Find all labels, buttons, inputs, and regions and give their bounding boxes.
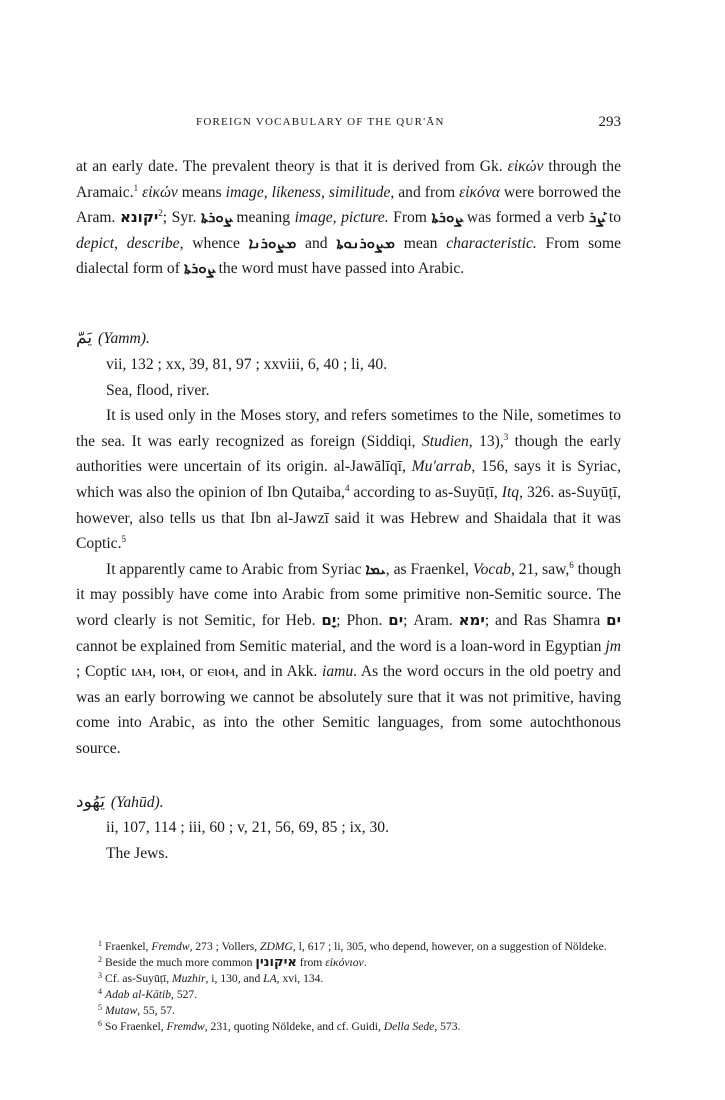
spacer <box>76 282 621 312</box>
text: whence <box>184 235 249 252</box>
italic-text: characteristic. <box>446 235 537 252</box>
text: So Fraenkel, <box>105 1020 167 1033</box>
text: ; Coptic <box>76 663 131 680</box>
text: , 573. <box>434 1020 460 1033</box>
text: , as Fraenkel, <box>386 561 473 578</box>
hebrew-word: יקונא <box>120 208 158 226</box>
italic-text: image, likeness, similitude, <box>226 184 395 201</box>
text: From <box>389 209 432 226</box>
text: at an early date. The prevalent theory i… <box>76 158 508 175</box>
footnote-ref: 5 <box>121 534 126 544</box>
text: Cf. as-Suyūṭī, <box>105 972 172 985</box>
italic-text: jm <box>605 638 621 655</box>
meaning: The Jews. <box>76 841 621 867</box>
text: , i, 130, and <box>206 972 264 985</box>
syriac-word: ܡܨܘܪܢܘܬܐ <box>336 234 395 252</box>
greek-word: εἰκών <box>142 184 178 201</box>
transliteration: (Yahūd). <box>111 790 164 816</box>
text: , l, 617 ; li, 305, who depend, however,… <box>293 940 607 953</box>
text: , 527. <box>171 988 197 1001</box>
continuation-paragraph: at an early date. The prevalent theory i… <box>76 154 621 282</box>
text: from <box>297 956 325 969</box>
italic-text: Vocab <box>473 561 511 578</box>
footnote-number: 6 <box>98 1019 102 1028</box>
quran-references: vii, 132 ; xx, 39, 81, 97 ; xxviii, 6, 4… <box>76 352 621 378</box>
text: , xvi, 134. <box>277 972 324 985</box>
text: to <box>604 209 621 226</box>
italic-text: Fremdw <box>167 1020 205 1033</box>
greek-word: εἰκόνα <box>459 184 500 201</box>
text: Beside the much more common <box>105 956 255 969</box>
entry-paragraph: It is used only in the Moses story, and … <box>76 403 621 557</box>
text: , and in Akk. <box>235 663 322 680</box>
meaning: Sea, flood, river. <box>76 378 621 404</box>
coptic-words: ⲓⲁⲙ, ⲓⲟⲙ, or ⲉⲓⲟⲙ <box>131 663 235 680</box>
text: , 21, saw, <box>511 561 569 578</box>
ras-shamra-word: ים <box>606 611 621 629</box>
footnote-number: 4 <box>98 987 102 996</box>
text: , 231, quoting Nöldeke, and cf. Guidi, <box>205 1020 384 1033</box>
text: mean <box>395 235 446 252</box>
italic-text: Mu'arrab <box>412 458 472 475</box>
syriac-word: ܡܨܘܪܢܐ <box>249 234 297 252</box>
quran-references: ii, 107, 114 ; iii, 60 ; v, 21, 56, 69, … <box>76 815 621 841</box>
footnote-1: 1Fraenkel, Fremdw, 273 ; Vollers, ZDMG, … <box>76 939 621 955</box>
spacer <box>76 761 621 775</box>
italic-text: Fremdw <box>151 940 189 953</box>
running-head: Foreign Vocabulary of the Qur'ān 293 <box>76 116 621 136</box>
footnote-4: 4Adab al-Kātib, 527. <box>76 987 621 1003</box>
footnotes: 1Fraenkel, Fremdw, 273 ; Vollers, ZDMG, … <box>76 939 621 1035</box>
text: It apparently came to Arabic from Syriac <box>106 561 365 578</box>
greek-word: εἰκόνιον <box>325 956 363 969</box>
footnote-5: 5Mutaw, 55, 57. <box>76 1003 621 1019</box>
text: and <box>296 235 336 252</box>
italic-text: Itq <box>502 484 519 501</box>
syriac-word: ܨܘܪܬܐ <box>184 259 215 277</box>
text: , 273 ; Vollers, <box>190 940 260 953</box>
text: ; and Ras Shamra <box>485 612 606 629</box>
greek-word: εἰκών <box>508 158 544 175</box>
italic-text: ZDMG <box>260 940 293 953</box>
italic-text: Studien <box>422 433 469 450</box>
text: , 13), <box>469 433 504 450</box>
text: cannot be explained from Semitic materia… <box>76 638 605 655</box>
text: means <box>178 184 226 201</box>
syriac-word: ܝܡܐ <box>365 560 385 578</box>
text: ; Aram. <box>403 612 458 629</box>
running-title: Foreign Vocabulary of the Qur'ān <box>196 116 445 128</box>
text: and from <box>394 184 459 201</box>
footnote-2: 2Beside the much more common איקונין fro… <box>76 955 621 971</box>
footnote-6: 6So Fraenkel, Fremdw, 231, quoting Nölde… <box>76 1019 621 1035</box>
arabic-headword: يَهُود <box>76 790 105 816</box>
arabic-headword: يَمّ <box>76 326 92 352</box>
body-text: at an early date. The prevalent theory i… <box>76 154 621 867</box>
italic-text: Adab al-Kātib <box>105 988 171 1001</box>
italic-text: image, picture. <box>295 209 389 226</box>
text: . <box>364 956 367 969</box>
text: meaning <box>232 209 295 226</box>
page-number: 293 <box>599 114 622 131</box>
text: according to as-Suyūṭī, <box>349 484 501 501</box>
footnote-number: 1 <box>98 939 102 948</box>
italic-text: LA <box>263 972 277 985</box>
entry-heading-yahud: يَهُود (Yahūd). <box>76 779 621 815</box>
footnote-number: 3 <box>98 971 102 980</box>
text: ; Syr. <box>163 209 201 226</box>
footnote-number: 2 <box>98 955 102 964</box>
aramaic-word: ימא <box>459 611 485 629</box>
italic-text: Muzhir <box>172 972 206 985</box>
syriac-word: ܨܘܪܬܐ <box>201 208 232 226</box>
text: , 55, 57. <box>137 1004 175 1017</box>
text: ; Phon. <box>336 612 388 629</box>
italic-text: Mutaw <box>105 1004 137 1017</box>
text: the word must have passed into Arabic. <box>215 260 464 277</box>
footnote-3: 3Cf. as-Suyūṭī, Muzhir, i, 130, and LA, … <box>76 971 621 987</box>
italic-text: depict, describe, <box>76 235 184 252</box>
italic-text: Della Sede <box>384 1020 435 1033</box>
syriac-word: ܨܘܪܬܐ <box>431 208 462 226</box>
italic-text: iamu <box>322 663 353 680</box>
phoenician-word: ים <box>388 611 403 629</box>
entry-heading-yamm: يَمّ (Yamm). <box>76 316 621 352</box>
hebrew-word: יָם <box>321 611 336 629</box>
syriac-word: ܨܰܪ <box>589 208 604 226</box>
transliteration: (Yamm). <box>98 326 150 352</box>
text: Fraenkel, <box>105 940 151 953</box>
text: was formed a verb <box>462 209 589 226</box>
hebrew-word: איקונין <box>255 955 297 970</box>
footnote-number: 5 <box>98 1003 102 1012</box>
entry-paragraph: It apparently came to Arabic from Syriac… <box>76 557 621 762</box>
